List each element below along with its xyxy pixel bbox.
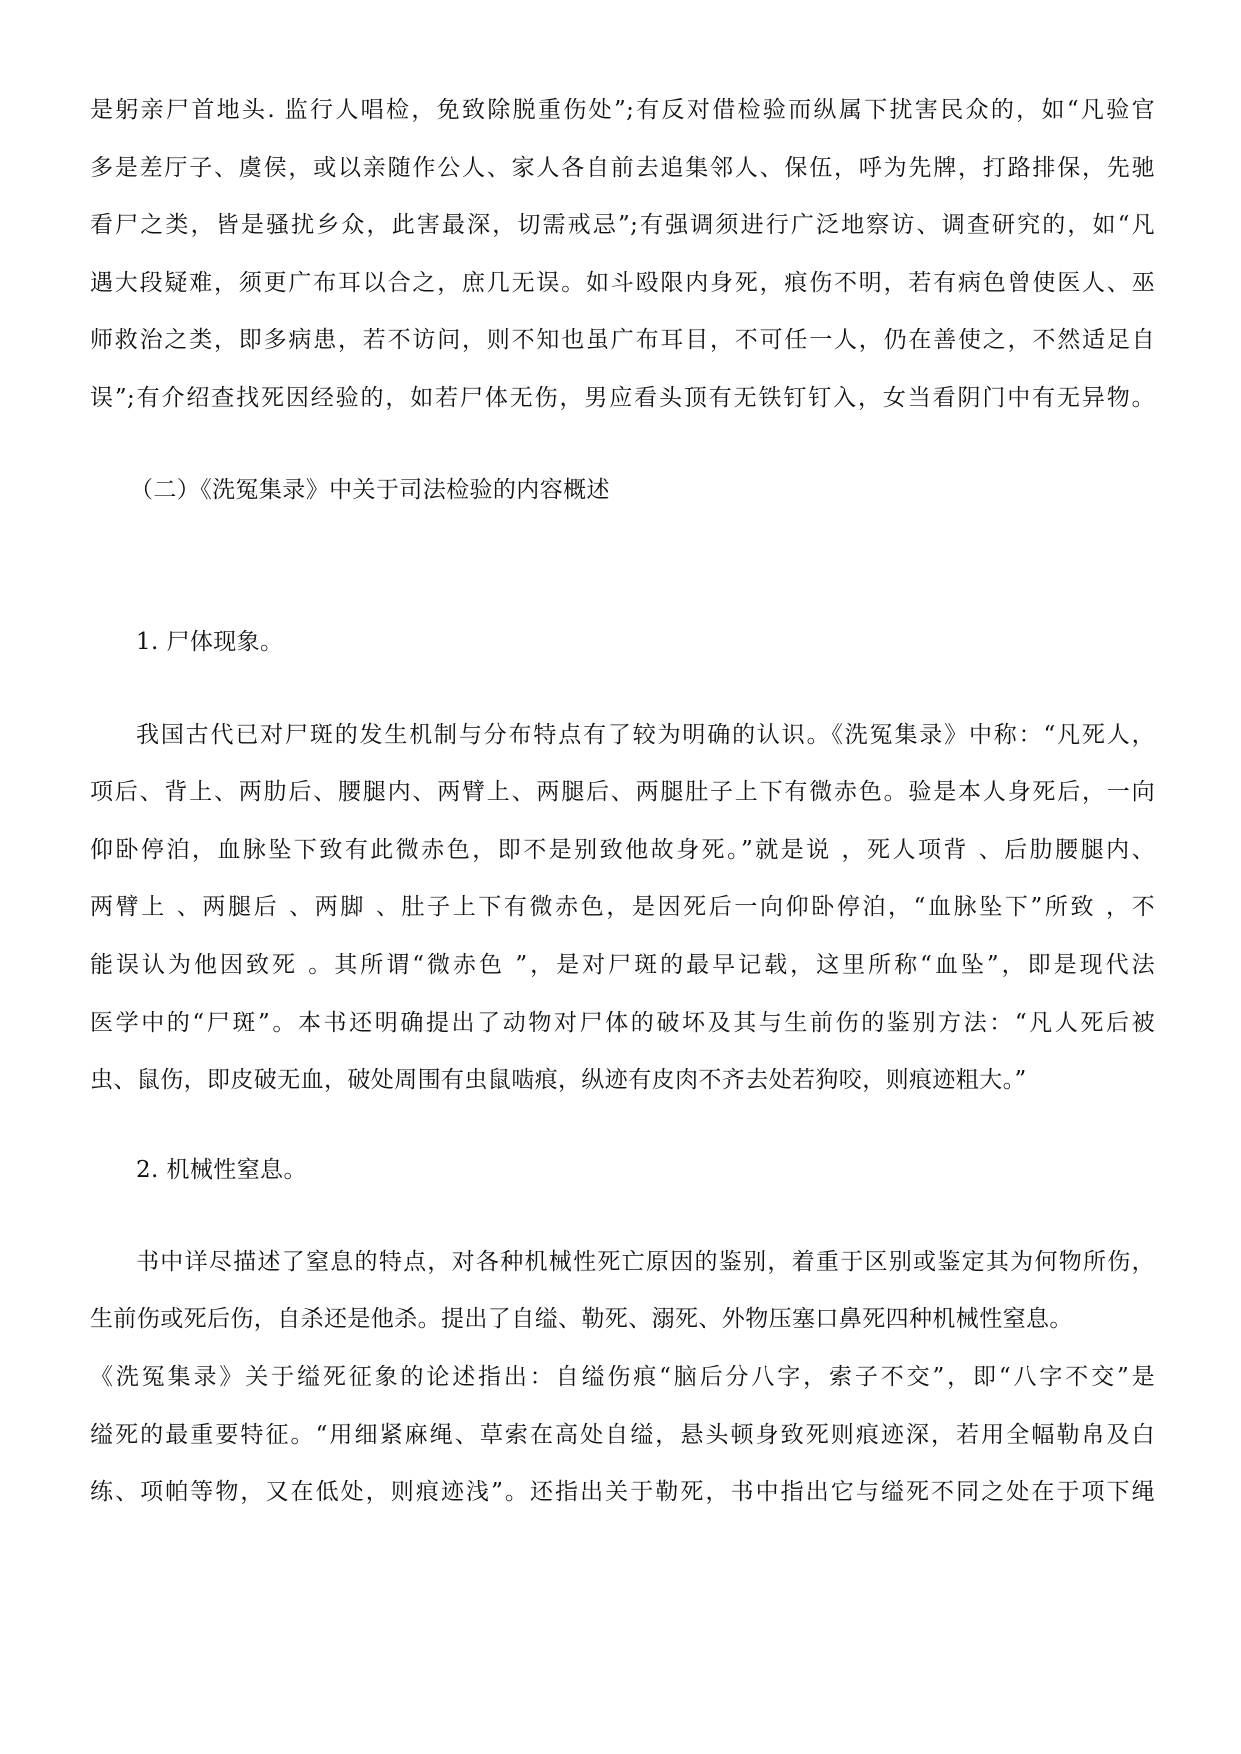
- paragraph-3-line-1: 书中详尽描述了窒息的特点，对各种机械性死亡原因的鉴别，着重于区别或鉴定其为何物所…: [136, 1247, 1155, 1277]
- paragraph-2-line-7: 虫、鼠伤，即皮破无血，破处周围有虫鼠啮痕，纵迹有皮肉不齐去处若狗咬，则痕迹粗大。…: [90, 1065, 1027, 1095]
- subheading-corpse-phenomena: 1. 尸体现象。: [136, 627, 283, 657]
- paragraph-1-line-3: 看尸之类，皆是骚扰乡众，此害最深，切需戒忌”;有强调须进行广泛地察访、调查研究的…: [90, 210, 1155, 240]
- paragraph-1-line-2: 多是差厅子、虞侯，或以亲随作公人、家人各自前去追集邻人、保伍，呼为先牌，打路排保…: [90, 153, 1155, 183]
- paragraph-3-line-2: 生前伤或死后伤，自杀还是他杀。提出了自缢、勒死、溺死、外物压塞口鼻死四种机械性窒…: [90, 1304, 1073, 1334]
- paragraph-2-line-4: 两臂上 、两腿后 、两脚 、肚子上下有微赤色，是因死后一向仰卧停泊，“血脉坠下”…: [90, 892, 1155, 922]
- paragraph-2-line-6: 医学中的“尸斑”。本书还明确提出了动物对尸体的破坏及其与生前伤的鉴别方法：“凡人…: [90, 1008, 1155, 1038]
- paragraph-2-line-5: 能误认为他因致死 。其所谓“微赤色 ”，是对尸斑的最早记载，这里所称“血坠”，即…: [90, 950, 1155, 980]
- paragraph-2-line-2: 项后、背上、两肋后、腰腿内、两臂上、两腿后、两腿肚子上下有微赤色。验是本人身死后…: [90, 777, 1155, 807]
- paragraph-1-line-1: 是躬亲尸首地头. 监行人唱检，免致除脱重伤处”;有反对借检验而纵属下扰害民众的，…: [90, 95, 1155, 125]
- paragraph-2-line-3: 仰卧停泊，血脉坠下致有此微赤色，即不是别致他故身死。”就是说 ，死人项背 、后肋…: [90, 835, 1155, 865]
- paragraph-1-line-5: 师救治之类，即多病患，若不访问，则不知也虽广布耳目，不可任一人，仍在善使之，不然…: [90, 325, 1155, 355]
- paragraph-2-line-1: 我国古代已对尸斑的发生机制与分布特点有了较为明确的认识。《洗冤集录》中称：“凡死…: [136, 720, 1155, 750]
- paragraph-1-line-6: 误”;有介绍查找死因经验的，如若尸体无伤，男应看头顶有无铁钉钉入，女当看阴门中有…: [90, 383, 1155, 413]
- paragraph-3-line-3: 《洗冤集录》关于缢死征象的论述指出：自缢伤痕“脑后分八字，索子不交”，即“八字不…: [90, 1362, 1155, 1392]
- paragraph-1-line-4: 遇大段疑难，须更广布耳以合之，庶几无误。如斗殴限内身死，痕伤不明，若有病色曾使医…: [90, 268, 1155, 298]
- paragraph-3-line-5: 练、项帕等物，又在低处，则痕迹浅”。还指出关于勒死，书中指出它与缢死不同之处在于…: [90, 1477, 1155, 1507]
- subheading-mechanical-asphyxia: 2. 机械性窒息。: [136, 1155, 307, 1185]
- section-heading: （二）《洗冤集录》中关于司法检验的内容概述: [130, 475, 610, 505]
- paragraph-3-line-4: 缢死的最重要特征。“用细紧麻绳、草索在高处自缢，悬头顿身致死则痕迹深，若用全幅勒…: [90, 1420, 1155, 1450]
